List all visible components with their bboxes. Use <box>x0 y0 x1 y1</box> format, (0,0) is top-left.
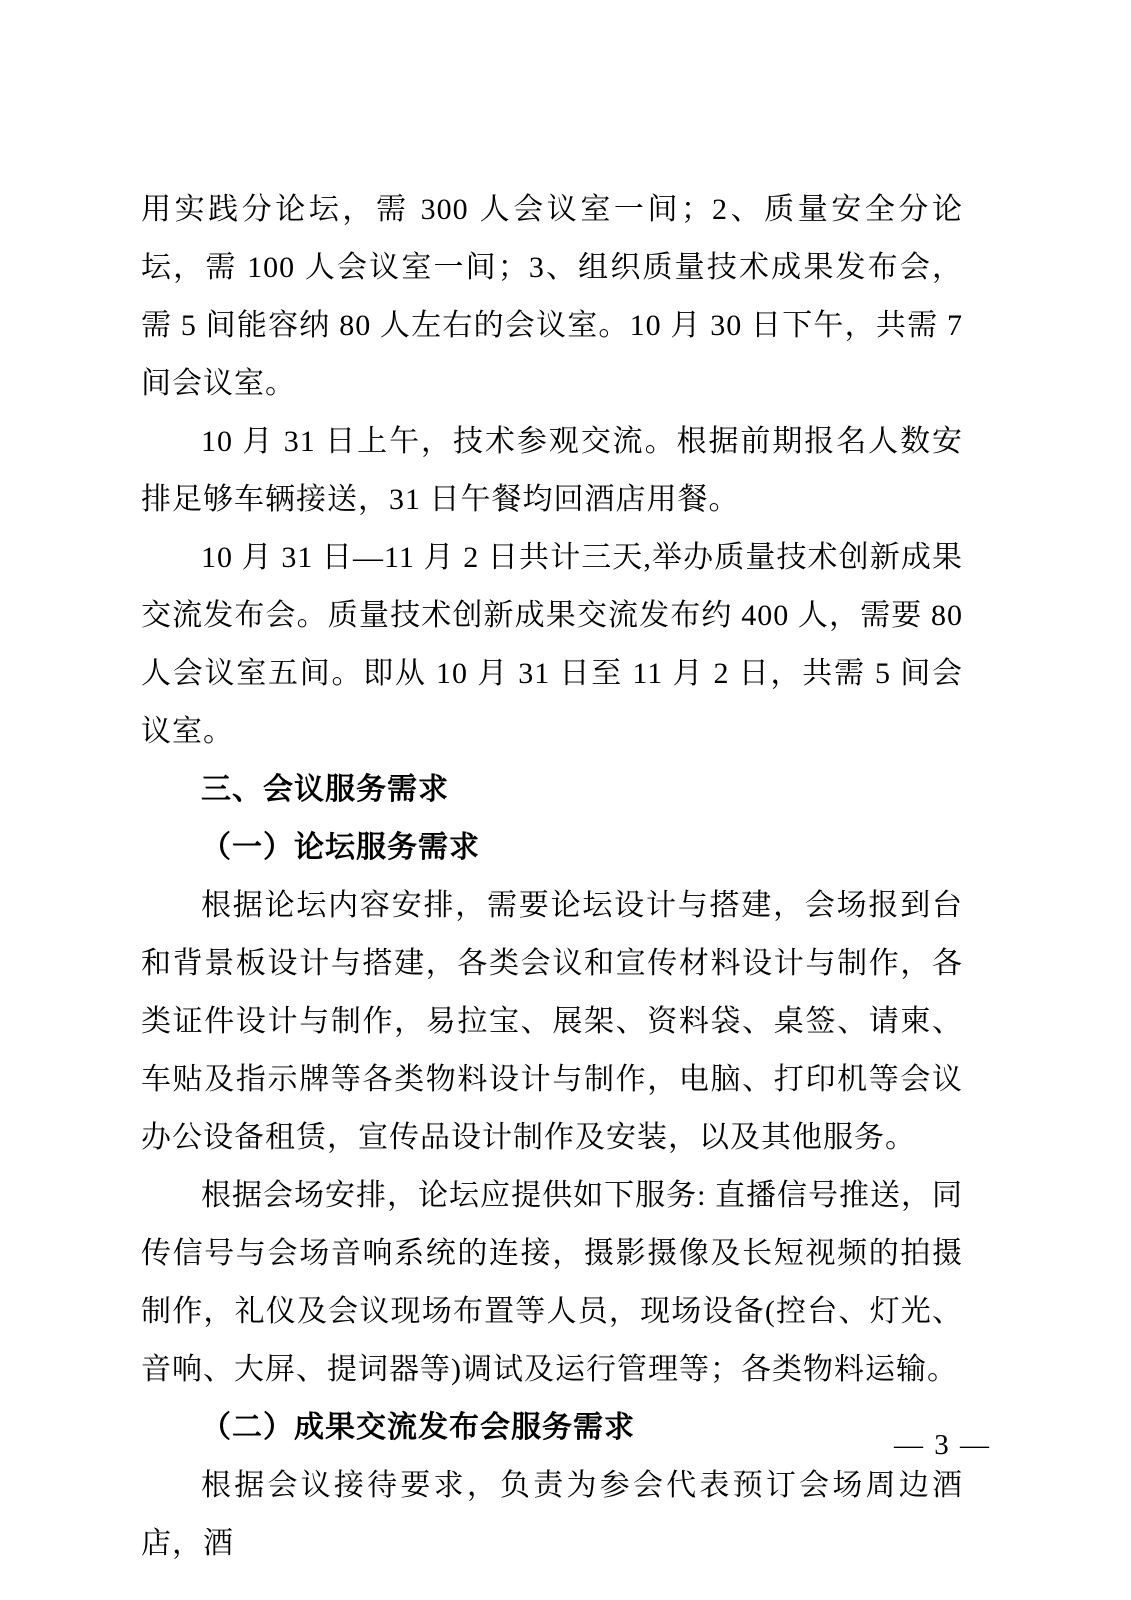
section-heading: 三、会议服务需求 <box>141 761 963 819</box>
subsection-heading: （二）成果交流发布会服务需求 <box>141 1399 963 1457</box>
body-paragraph: 根据会议接待要求，负责为参会代表预订会场周边酒店，酒 <box>141 1457 963 1573</box>
body-paragraph: 10 月 31 日上午，技术参观交流。根据前期报名人数安排足够车辆接送，31 日… <box>141 413 963 529</box>
document-page: 用实践分论坛，需 300 人会议室一间；2、质量安全分论坛，需 100 人会议室… <box>0 0 1131 1600</box>
page-number: — 3 — <box>894 1428 991 1462</box>
body-paragraph: 10 月 31 日—11 月 2 日共计三天,举办质量技术创新成果交流发布会。质… <box>141 529 963 761</box>
subsection-heading: （一）论坛服务需求 <box>141 819 963 877</box>
document-body: 用实践分论坛，需 300 人会议室一间；2、质量安全分论坛，需 100 人会议室… <box>141 181 963 1573</box>
body-paragraph: 根据论坛内容安排，需要论坛设计与搭建，会场报到台和背景板设计与搭建，各类会议和宣… <box>141 877 963 1167</box>
body-paragraph: 根据会场安排，论坛应提供如下服务: 直播信号推送，同传信号与会场音响系统的连接，… <box>141 1167 963 1399</box>
body-paragraph: 用实践分论坛，需 300 人会议室一间；2、质量安全分论坛，需 100 人会议室… <box>141 181 963 413</box>
